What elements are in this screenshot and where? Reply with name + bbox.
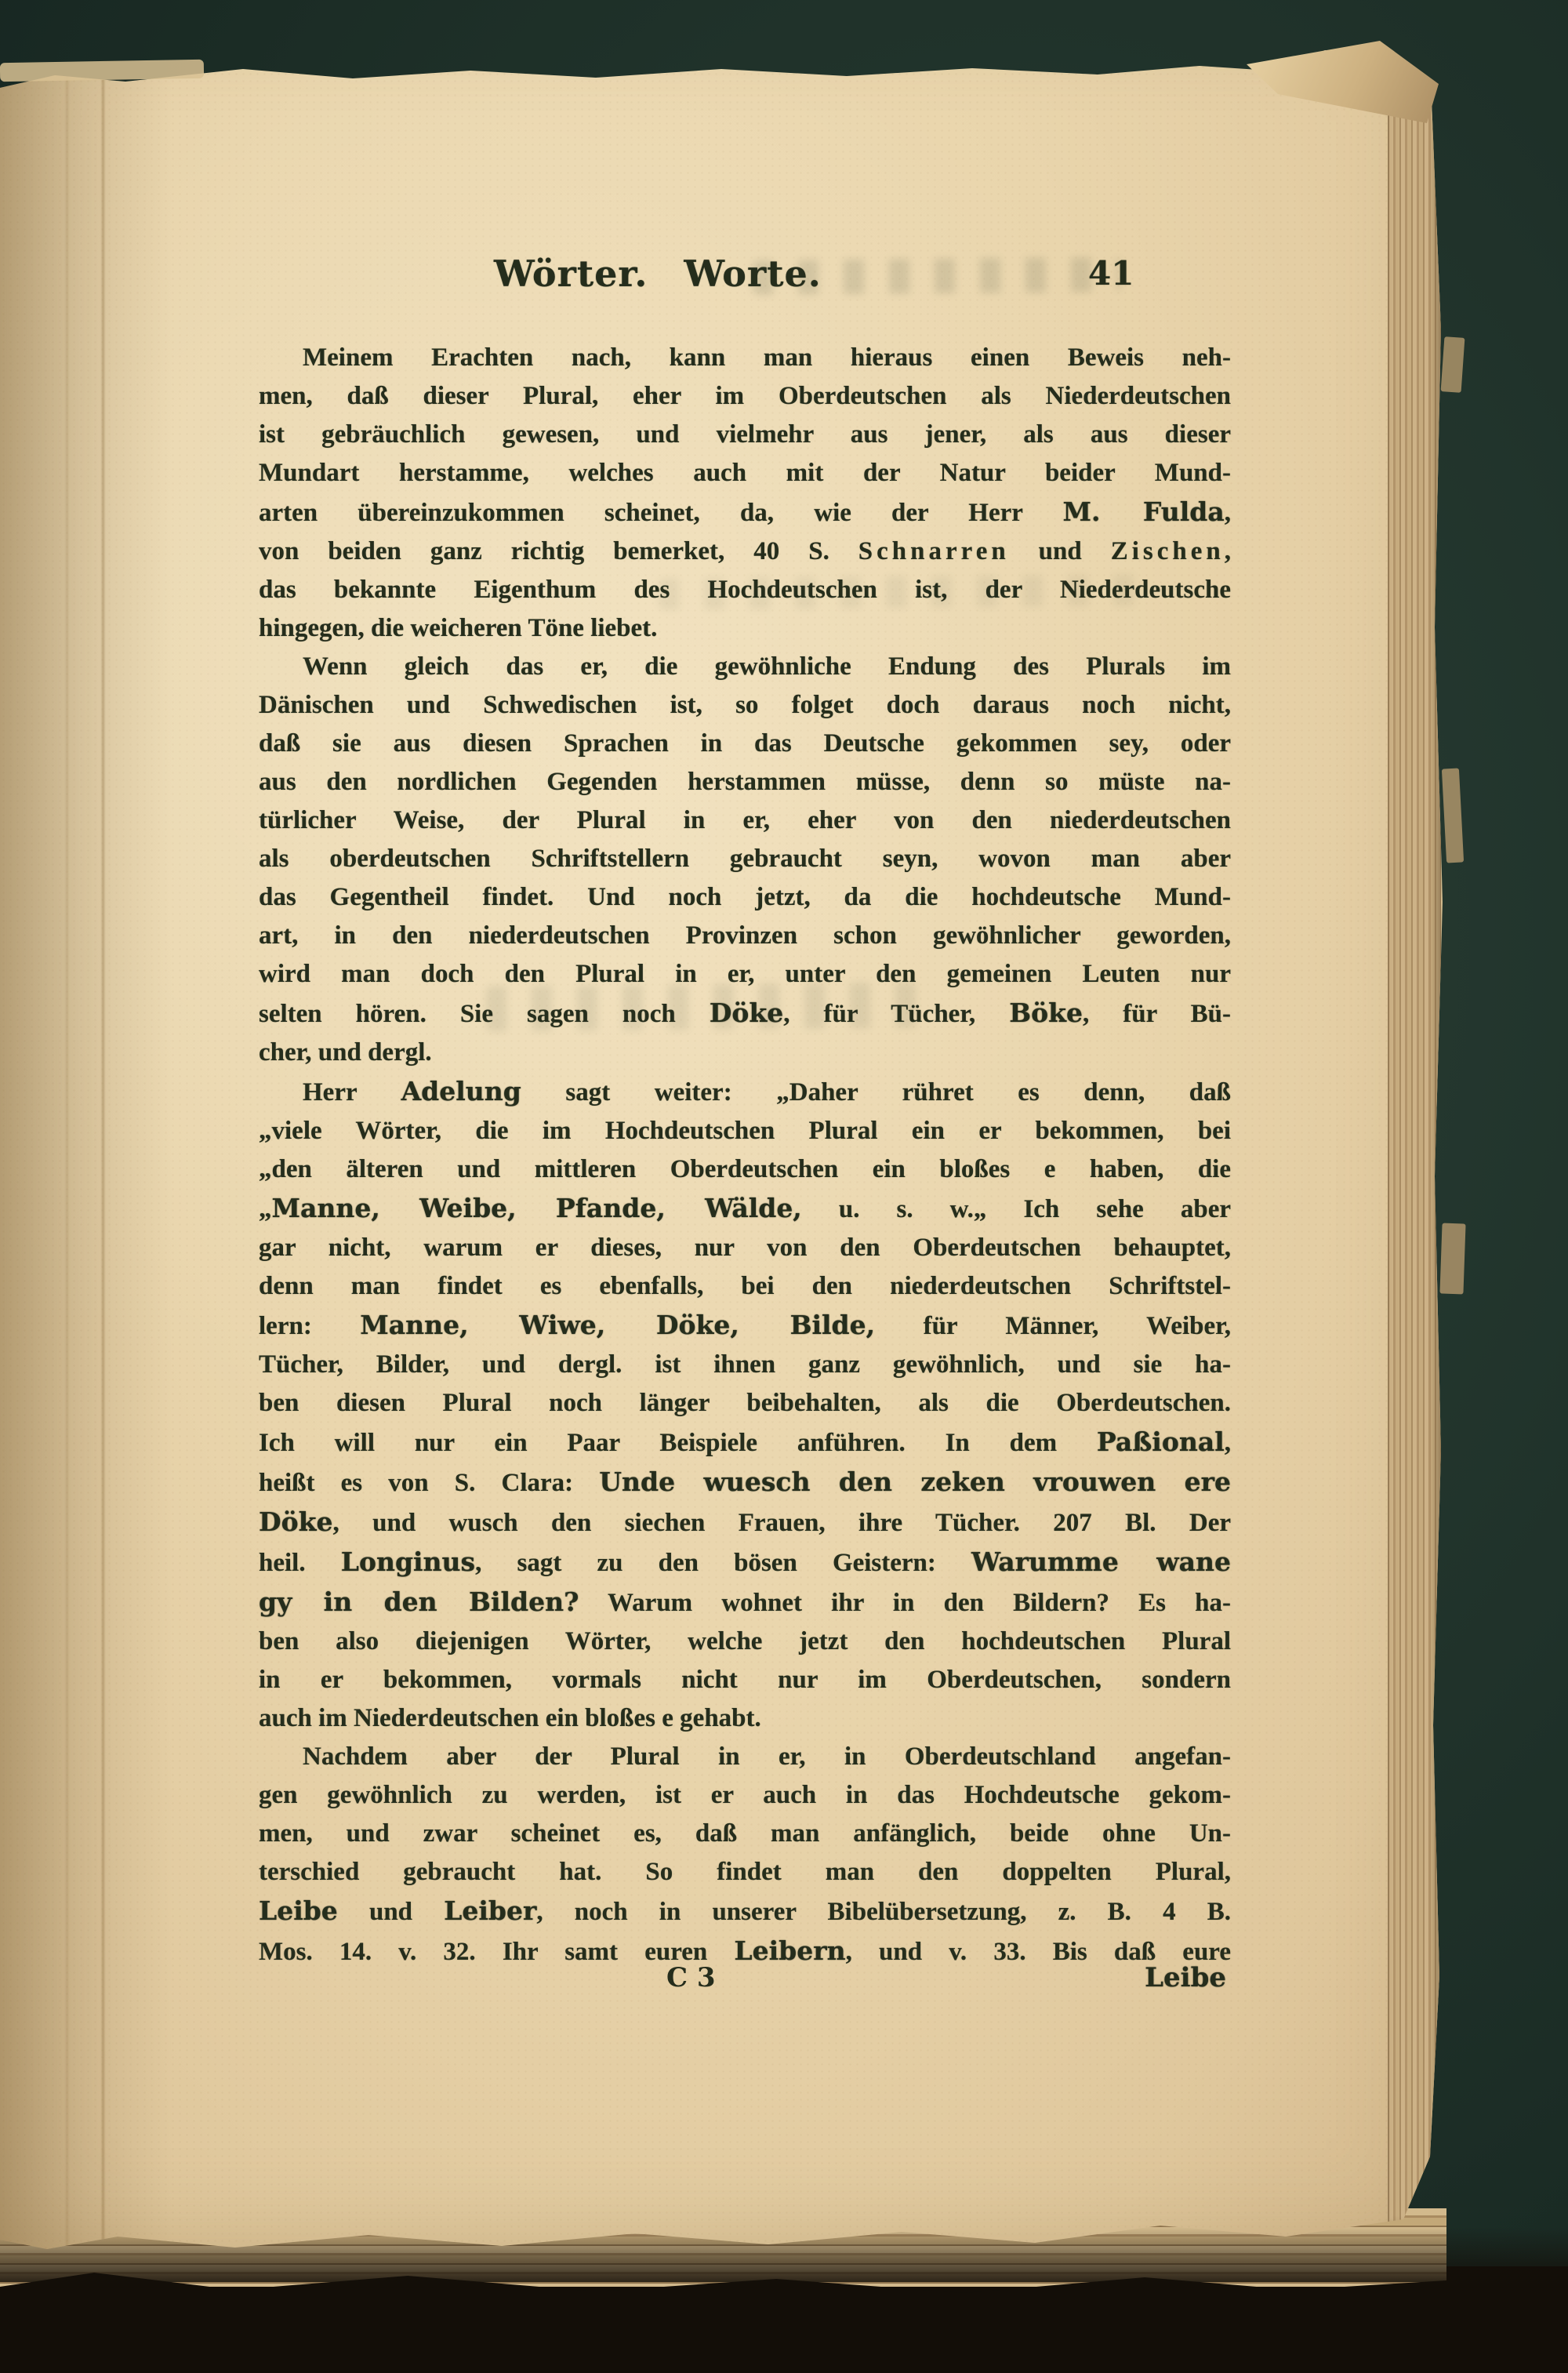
text-line: men, und zwar scheinet es, daß man anfän… [259, 1815, 1231, 1853]
text-line: aus den nordlichen Gegenden herstammen m… [259, 763, 1231, 801]
text-line: Tücher, Bilder, und dergl. ist ihnen gan… [259, 1346, 1231, 1384]
scanned-book-photo: Wörter.Worte. 41 Meinem Erachten nach, k… [0, 0, 1568, 2373]
text-line: „viele Wörter, die im Hochdeutschen Plur… [259, 1112, 1231, 1150]
text-line: Nachdem aber der Plural in er, in Oberde… [259, 1738, 1231, 1776]
text-line: hingegen, die weicheren Töne liebet. [259, 609, 1231, 648]
gutter-shadow [0, 0, 172, 2259]
torn-top-edge [0, 60, 204, 82]
text-line: türlicher Weise, der Plural in er, eher … [259, 801, 1231, 840]
text-line: Döke, und wusch den siechen Frauen, ihre… [259, 1503, 1231, 1543]
crease-line [102, 0, 104, 2259]
torn-paper-shard [1442, 769, 1464, 863]
text-line: „den älteren und mittleren Oberdeutschen… [259, 1150, 1231, 1189]
text-line: men, daß dieser Plural, eher im Oberdeut… [259, 377, 1231, 416]
running-title-left: Wörter. [494, 253, 648, 295]
text-line: Mundart herstamme, welches auch mit der … [259, 454, 1231, 492]
text-line: Dänischen und Schwedischen ist, so folge… [259, 686, 1231, 725]
text-line: gy in den Bilden? Warum wohnet ihr in de… [259, 1583, 1231, 1623]
text-line: terschied gebraucht hat. So findet man d… [259, 1853, 1231, 1891]
torn-paper-shard [1439, 1223, 1465, 1295]
text-line: selten hören. Sie sagen noch Döke, für T… [259, 994, 1231, 1034]
page-header: Wörter.Worte. 41 [259, 253, 1231, 307]
page-number: 41 [1088, 254, 1134, 293]
text-line: auch im Niederdeutschen ein bloßes e geh… [259, 1699, 1231, 1738]
text-line: Herr Adelung sagt weiter: „Daher rühret … [259, 1072, 1231, 1112]
catchword: Leibe [1145, 1962, 1226, 1993]
torn-paper-shard [1441, 336, 1465, 393]
page-footer: C 3 Leibe [259, 1962, 1231, 2009]
text-line: art, in den niederdeutschen Provinzen sc… [259, 917, 1231, 955]
running-title-right: Worte. [684, 253, 821, 295]
text-line: „Manne, Weibe, Pfande, Wälde, u. s. w.„ … [259, 1189, 1231, 1229]
text-line: von beiden ganz richtig bemerket, 40 S. … [259, 532, 1231, 571]
running-title: Wörter.Worte. [494, 253, 822, 295]
text-line: das bekannte Eigenthum des Hochdeutschen… [259, 571, 1231, 609]
text-line: Meinem Erachten nach, kann man hieraus e… [259, 339, 1231, 377]
text-line: arten übereinzukommen scheinet, da, wie … [259, 492, 1231, 532]
crease-line [66, 0, 68, 2259]
text-line: heil. Longinus, sagt zu den bösen Geiste… [259, 1543, 1231, 1583]
text-line: daß sie aus diesen Sprachen in das Deuts… [259, 725, 1231, 763]
text-line: Wenn gleich das er, die gewöhnliche Endu… [259, 648, 1231, 686]
text-line: als oberdeutschen Schriftstellern gebrau… [259, 840, 1231, 878]
text-line: ben diesen Plural noch länger beibehalte… [259, 1384, 1231, 1423]
book-page: Wörter.Worte. 41 Meinem Erachten nach, k… [0, 0, 1446, 2259]
text-line: gar nicht, warum er dieses, nur von den … [259, 1229, 1231, 1267]
text-line: denn man findet es ebenfalls, bei den ni… [259, 1267, 1231, 1306]
text-block: Meinem Erachten nach, kann man hieraus e… [259, 339, 1231, 1971]
text-line: ben also diejenigen Wörter, welche jetzt… [259, 1623, 1231, 1661]
text-line: cher, und dergl. [259, 1034, 1231, 1072]
text-line: wird man doch den Plural in er, unter de… [259, 955, 1231, 994]
text-line: gen gewöhnlich zu werden, ist er auch in… [259, 1776, 1231, 1815]
text-line: ist gebräuchlich gewesen, und vielmehr a… [259, 416, 1231, 454]
text-line: in er bekommen, vormals nicht nur im Obe… [259, 1661, 1231, 1699]
text-line: Ich will nur ein Paar Beispiele anführen… [259, 1423, 1231, 1463]
signature-mark: C 3 [666, 1962, 716, 1993]
text-line: lern: Manne, Wiwe, Döke, Bilde, für Männ… [259, 1306, 1231, 1346]
text-line: das Gegentheil findet. Und noch jetzt, d… [259, 878, 1231, 917]
text-line: Leibe und Leiber, noch in unserer Bibelü… [259, 1891, 1231, 1931]
text-line: heißt es von S. Clara: Unde wuesch den z… [259, 1463, 1231, 1503]
page-edge-right [1388, 74, 1441, 2225]
